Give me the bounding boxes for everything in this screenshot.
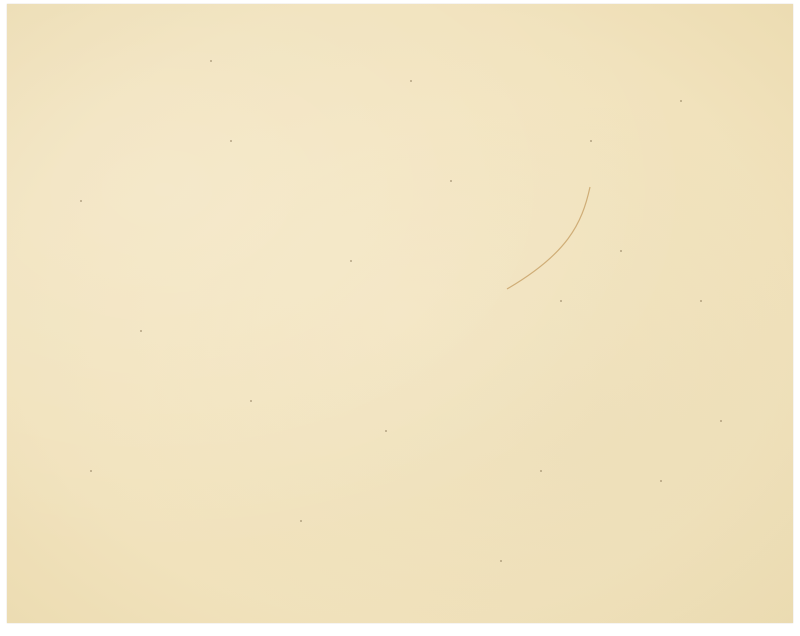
speck bbox=[590, 140, 592, 142]
speck bbox=[620, 250, 622, 252]
speck bbox=[410, 80, 412, 82]
speck bbox=[700, 300, 702, 302]
speck bbox=[210, 60, 212, 62]
hair-fiber bbox=[7, 4, 793, 623]
speck bbox=[660, 480, 662, 482]
speck bbox=[385, 430, 387, 432]
speck bbox=[140, 330, 142, 332]
speck bbox=[230, 140, 232, 142]
speck bbox=[250, 400, 252, 402]
speck bbox=[450, 180, 452, 182]
paper-sheet bbox=[7, 4, 793, 623]
speck bbox=[300, 520, 302, 522]
speck bbox=[560, 300, 562, 302]
speck bbox=[350, 260, 352, 262]
speck bbox=[80, 200, 82, 202]
speck bbox=[500, 560, 502, 562]
speck bbox=[720, 420, 722, 422]
speck bbox=[680, 100, 682, 102]
speck bbox=[540, 470, 542, 472]
speck bbox=[90, 470, 92, 472]
